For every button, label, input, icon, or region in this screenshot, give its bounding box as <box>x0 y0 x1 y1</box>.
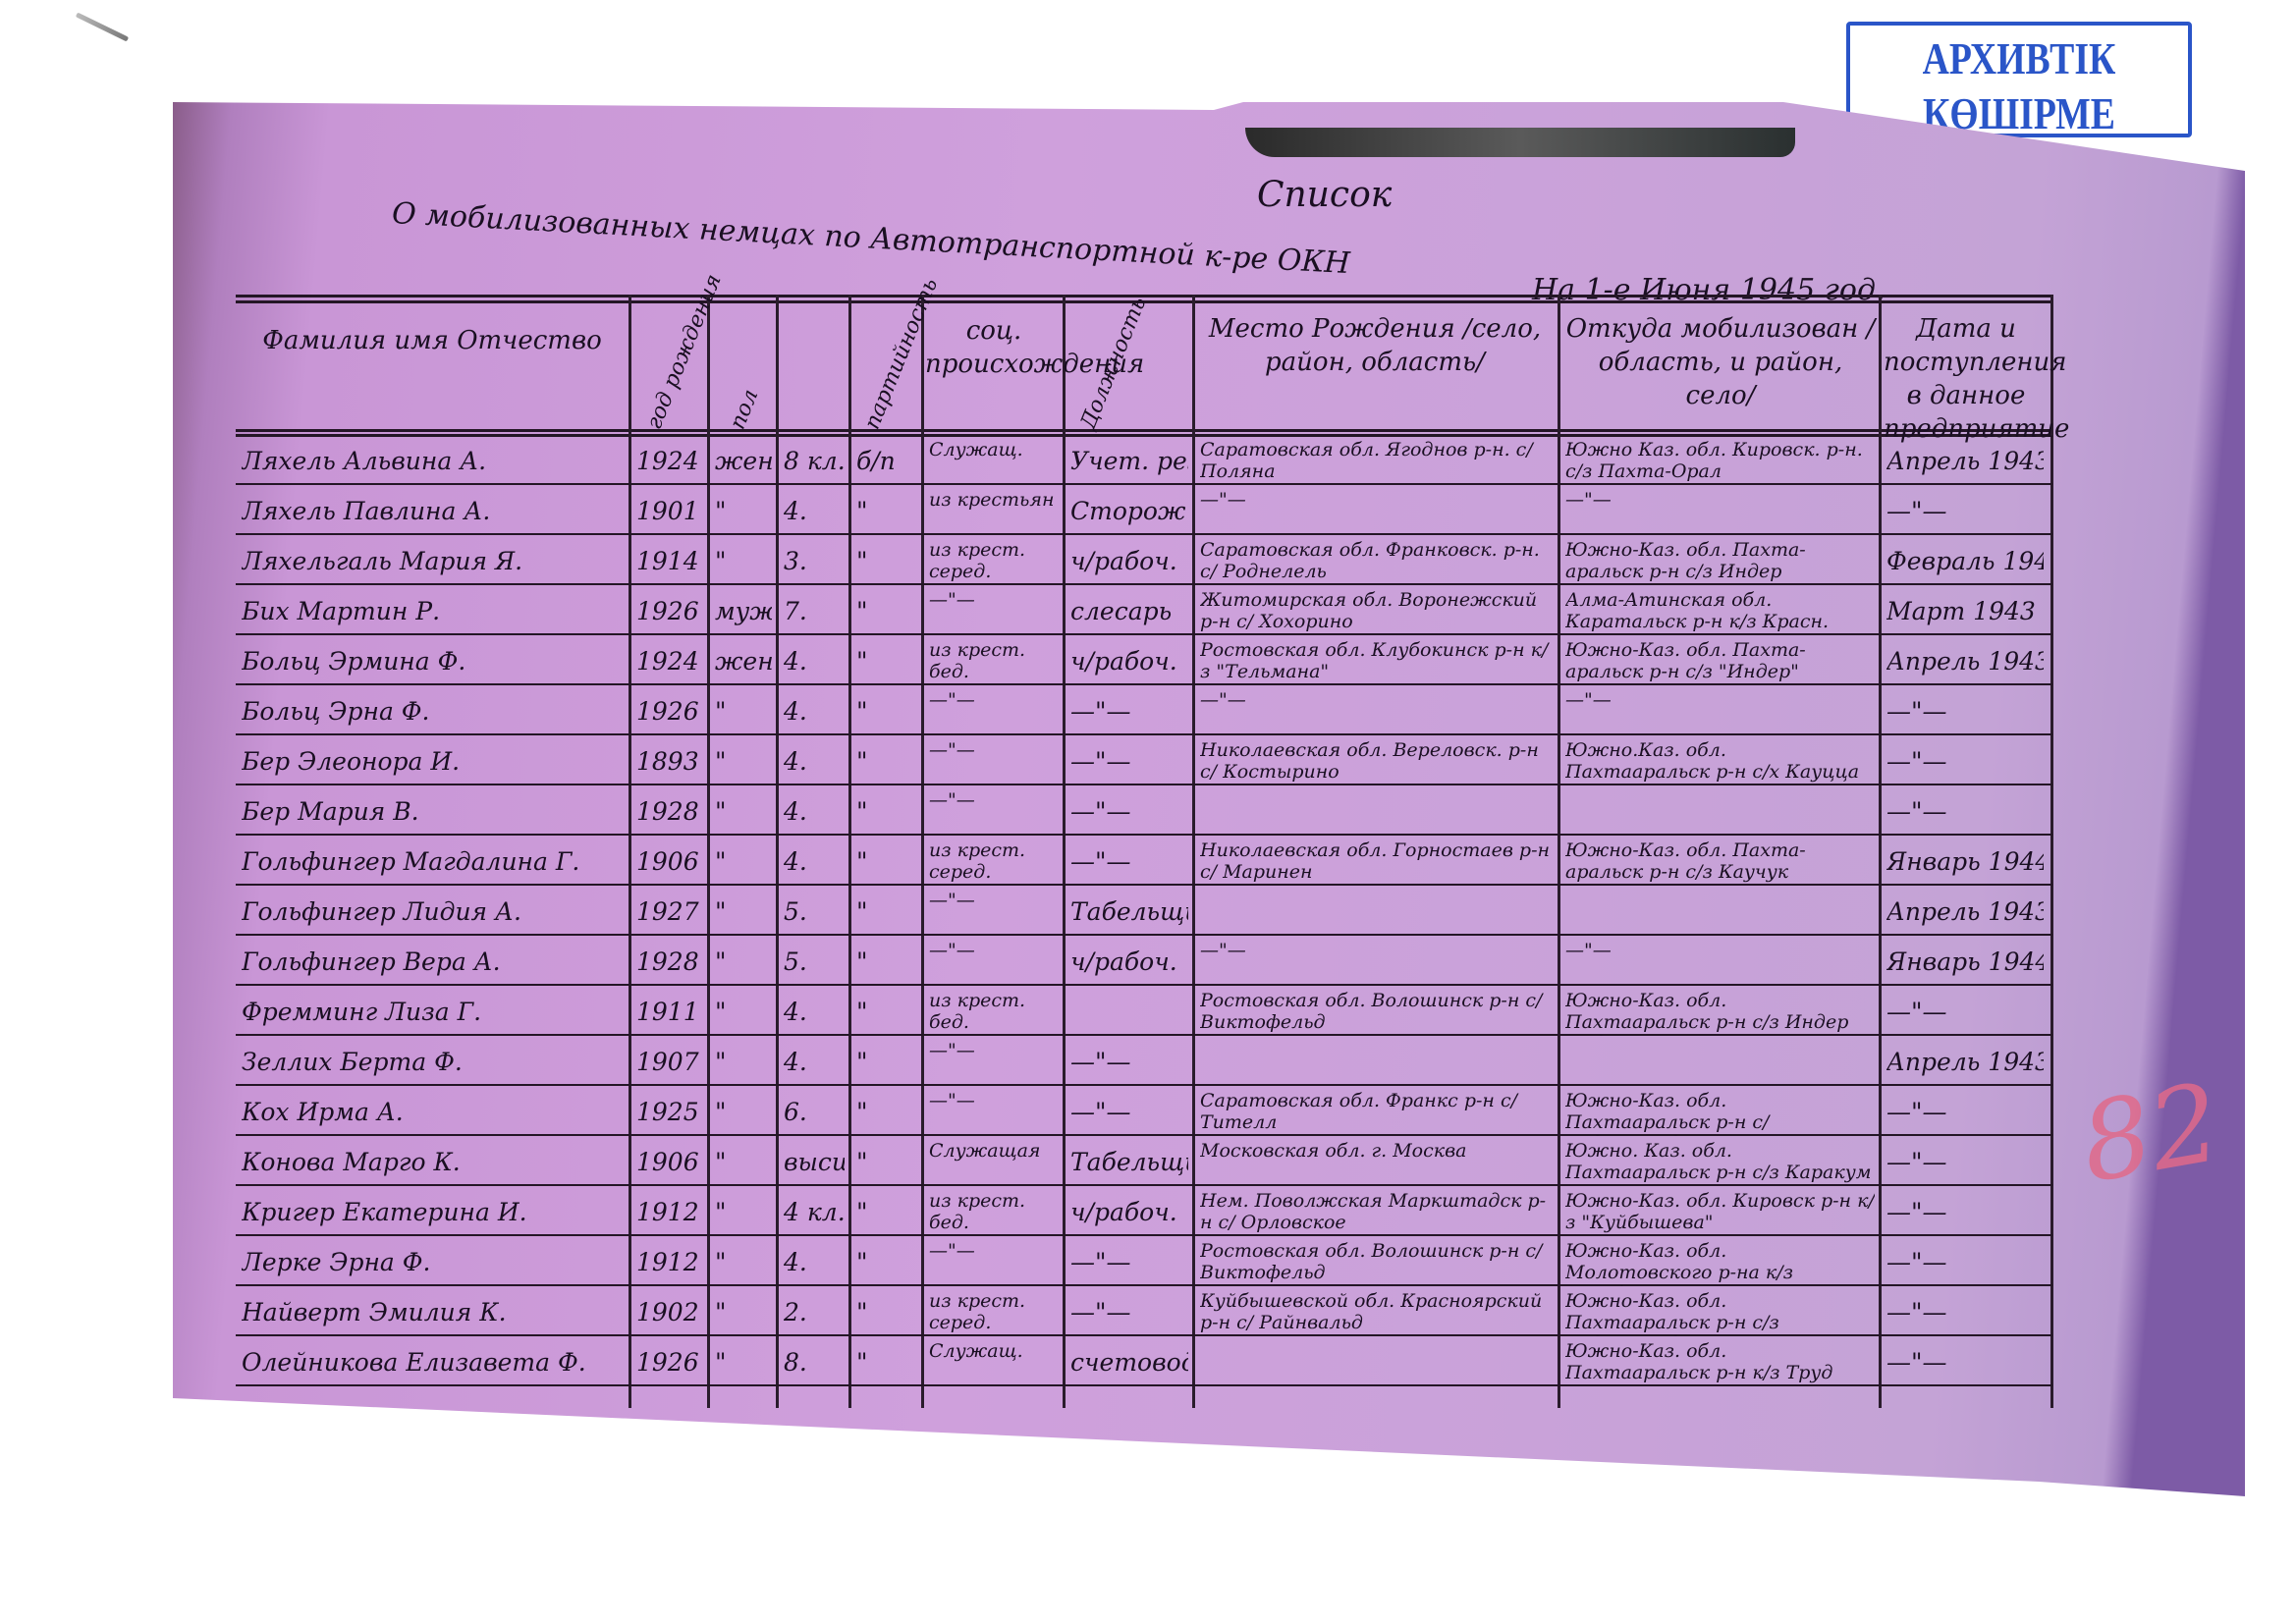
header-bottom-line <box>236 429 2052 432</box>
cell-birthplace <box>1200 1040 1554 1086</box>
cell-party: " <box>856 1050 917 1096</box>
cell-origin: из крест. бед. <box>929 990 1059 1036</box>
header-name: Фамилия имя Отчество <box>255 324 609 357</box>
cell-position: слесарь <box>1070 599 1188 645</box>
cell-from: Алма-Атинская обл. Каратальск р-н к/з Кр… <box>1565 589 1875 635</box>
document-title: Список <box>1257 175 1392 215</box>
cell-from: Южно-Каз. обл. Пахта-аральск р-н с/з Кау… <box>1565 839 1875 886</box>
header-social-origin: соц. происхождения <box>925 314 1063 381</box>
cell-date: —"— <box>1886 699 2044 745</box>
cell-name: Гольфингер Лидия А. <box>242 899 625 946</box>
cell-date: Апрель 1943 <box>1886 649 2044 695</box>
cell-name: Бер Элеонора И. <box>242 749 625 795</box>
cell-from: Южно-Каз. обл. Пахтааральск р-н с/ Садоо… <box>1565 1090 1875 1136</box>
cell-year: 1924 <box>636 649 703 695</box>
cell-origin: —"— <box>929 1090 1059 1136</box>
cell-party: " <box>856 799 917 845</box>
column-divider <box>629 295 631 1408</box>
cell-name: Больц Эрна Ф. <box>242 699 625 745</box>
cell-edu: высшее <box>784 1150 845 1196</box>
cell-year: 1906 <box>636 849 703 895</box>
cell-year: 1912 <box>636 1250 703 1296</box>
cell-name: Зеллих Берта Ф. <box>242 1050 625 1096</box>
margin-annotation: 82 <box>2072 1059 2229 1207</box>
cell-from: Южно-Каз. обл. Пахтааральск р-н с/з Инде… <box>1565 990 1875 1036</box>
cell-year: 1901 <box>636 499 703 545</box>
cell-origin: —"— <box>929 589 1059 635</box>
column-divider <box>707 295 710 1408</box>
cell-birthplace: —"— <box>1200 940 1554 986</box>
cell-sex: жен. <box>715 449 772 495</box>
cell-birthplace: Ростовская обл. Волошинск р-н с/ Виктофе… <box>1200 990 1554 1036</box>
cell-year: 1924 <box>636 449 703 495</box>
cell-from: Южно-Каз. обл. Пахтааральск р-н с/з Садо… <box>1565 1290 1875 1336</box>
header-date-arrived: Дата и поступления в данное предприятие <box>1884 312 2049 446</box>
cell-birthplace <box>1200 890 1554 936</box>
cell-year: 1925 <box>636 1100 703 1146</box>
cell-sex: " <box>715 1250 772 1296</box>
column-divider <box>848 295 851 1408</box>
cell-birthplace <box>1200 1340 1554 1386</box>
cell-from: —"— <box>1565 489 1875 535</box>
cell-birthplace: Ростовская обл. Клубокинск р-н к/з "Тель… <box>1200 639 1554 685</box>
cell-date: —"— <box>1886 799 2044 845</box>
cell-date: Февраль 1943 <box>1886 549 2044 595</box>
cell-name: Лерке Эрна Ф. <box>242 1250 625 1296</box>
cell-sex: " <box>715 799 772 845</box>
cell-origin: из крест. серед. <box>929 839 1059 886</box>
cell-origin: из крест. бед. <box>929 639 1059 685</box>
cell-name: Фремминг Лиза Г. <box>242 1000 625 1046</box>
cell-origin: —"— <box>929 940 1059 986</box>
cell-name: Кох Ирма А. <box>242 1100 625 1146</box>
cell-from <box>1565 890 1875 936</box>
cell-year: 1927 <box>636 899 703 946</box>
cell-position: —"— <box>1070 1250 1188 1296</box>
cell-birthplace: Куйбышевской обл. Красноярский р-н с/ Ра… <box>1200 1290 1554 1336</box>
cell-edu: 4. <box>784 699 845 745</box>
cell-name: Больц Эрмина Ф. <box>242 649 625 695</box>
cell-from: Южно Каз. обл. Кировск. р-н. с/з Пахта-О… <box>1565 439 1875 485</box>
cell-sex: " <box>715 849 772 895</box>
cell-year: 1907 <box>636 1050 703 1096</box>
cell-edu: 5. <box>784 949 845 996</box>
cell-edu: 7. <box>784 599 845 645</box>
cell-position: ч/рабоч. <box>1070 949 1188 996</box>
cell-sex: " <box>715 1350 772 1396</box>
cell-from: Южно-Каз. обл. Пахта-аральск р-н с/з "Ин… <box>1565 639 1875 685</box>
cell-origin: из крест. бед. <box>929 1190 1059 1236</box>
cell-edu: 4. <box>784 799 845 845</box>
cell-origin: —"— <box>929 739 1059 785</box>
cell-date: Март 1943 <box>1886 599 2044 645</box>
cell-edu: 4. <box>784 1050 845 1096</box>
cell-year: 1902 <box>636 1300 703 1346</box>
cell-date: —"— <box>1886 1000 2044 1046</box>
cell-date: —"— <box>1886 1350 2044 1396</box>
cell-year: 1928 <box>636 799 703 845</box>
cell-party: " <box>856 649 917 695</box>
cell-position <box>1070 1000 1188 1046</box>
column-divider <box>2050 295 2053 1408</box>
cell-from: Южно.Каз. обл. Пахтааральск р-н с/х Кауц… <box>1565 739 1875 785</box>
cell-birthplace: Николаевская обл. Вереловск. р-н с/ Кост… <box>1200 739 1554 785</box>
cell-origin: из крест. серед. <box>929 539 1059 585</box>
cell-party: " <box>856 1100 917 1146</box>
cell-position: Сторож <box>1070 499 1188 545</box>
cell-from: Южно-Каз. обл. Пахта-аральск р-н с/з Инд… <box>1565 539 1875 585</box>
cell-birthplace: Житомирская обл. Воронежский р-н с/ Хохо… <box>1200 589 1554 635</box>
cell-position: —"— <box>1070 849 1188 895</box>
cell-party: " <box>856 949 917 996</box>
table-top-line <box>236 295 2052 298</box>
cell-birthplace: Саратовская обл. Франковск. р-н. с/ Родн… <box>1200 539 1554 585</box>
cell-from <box>1565 1040 1875 1086</box>
cell-sex: " <box>715 1050 772 1096</box>
cell-sex: " <box>715 1100 772 1146</box>
cell-sex: " <box>715 699 772 745</box>
cell-date: Апрель 1943 <box>1886 449 2044 495</box>
cell-origin: Служащ. <box>929 439 1059 485</box>
cell-birthplace: Нем. Поволжская Маркштадск р-н с/ Орловс… <box>1200 1190 1554 1236</box>
cell-position: —"— <box>1070 799 1188 845</box>
cell-position: —"— <box>1070 699 1188 745</box>
column-divider <box>921 295 924 1408</box>
cell-from: Южно-Каз. обл. Молотовского р-на к/з "Ку… <box>1565 1240 1875 1286</box>
cell-origin: Служащ. <box>929 1340 1059 1386</box>
cell-birthplace: Николаевская обл. Горностаев р-н с/ Мари… <box>1200 839 1554 886</box>
column-divider <box>1558 295 1560 1408</box>
cell-edu: 5. <box>784 899 845 946</box>
cell-sex: " <box>715 1200 772 1246</box>
cell-position: —"— <box>1070 1050 1188 1096</box>
cell-party: " <box>856 699 917 745</box>
cell-sex: " <box>715 949 772 996</box>
cell-birthplace: —"— <box>1200 489 1554 535</box>
cell-birthplace: —"— <box>1200 689 1554 735</box>
cell-name: Кригер Екатерина И. <box>242 1200 625 1246</box>
dark-object-top <box>1245 128 1795 157</box>
cell-edu: 6. <box>784 1100 845 1146</box>
cell-party: " <box>856 849 917 895</box>
cell-sex: жен. <box>715 649 772 695</box>
cell-position: Табельщица <box>1070 899 1188 946</box>
cell-edu: 3. <box>784 549 845 595</box>
cell-name: Ляхель Альвина А. <box>242 449 625 495</box>
cell-birthplace: Саратовская обл. Франкс р-н с/ Тителл <box>1200 1090 1554 1136</box>
cell-party: " <box>856 1300 917 1346</box>
cell-party: " <box>856 499 917 545</box>
cell-name: Гольфингер Вера А. <box>242 949 625 996</box>
cell-name: Бих Мартин Р. <box>242 599 625 645</box>
cell-sex: муж. <box>715 599 772 645</box>
cell-position: Табельщица <box>1070 1150 1188 1196</box>
cell-year: 1914 <box>636 549 703 595</box>
cell-party: " <box>856 1350 917 1396</box>
cell-sex: " <box>715 1150 772 1196</box>
cell-sex: " <box>715 1000 772 1046</box>
cell-year: 1928 <box>636 949 703 996</box>
cell-edu: 4. <box>784 649 845 695</box>
cell-from: Южно. Каз. обл. Пахтааральск р-н с/з Кар… <box>1565 1140 1875 1186</box>
cell-position: ч/рабоч. <box>1070 549 1188 595</box>
cell-birthplace: Московская обл. г. Москва <box>1200 1140 1554 1186</box>
cell-position: счетовод <box>1070 1350 1188 1396</box>
cell-sex: " <box>715 499 772 545</box>
cell-from: Южно-Каз. обл. Пахтааральск р-н к/з Труд… <box>1565 1340 1875 1386</box>
header-bottom-line-2 <box>236 434 2052 437</box>
cell-origin: —"— <box>929 1240 1059 1286</box>
cell-party: " <box>856 1200 917 1246</box>
cell-position: —"— <box>1070 1100 1188 1146</box>
cell-party: " <box>856 1150 917 1196</box>
cell-edu: 4. <box>784 1250 845 1296</box>
cell-name: Бер Мария В. <box>242 799 625 845</box>
cell-origin: Служащая <box>929 1140 1059 1186</box>
column-divider <box>776 295 779 1408</box>
cell-position: —"— <box>1070 1300 1188 1346</box>
cell-date: —"— <box>1886 499 2044 545</box>
cell-sex: " <box>715 899 772 946</box>
cell-edu: 4. <box>784 849 845 895</box>
cell-position: ч/рабоч. <box>1070 1200 1188 1246</box>
cell-position: Учет. резин <box>1070 449 1188 495</box>
cell-party: " <box>856 899 917 946</box>
header-birthplace: Место Рождения /село, район, область/ <box>1198 312 1552 379</box>
cell-birthplace <box>1200 789 1554 836</box>
column-divider <box>1879 295 1882 1408</box>
cell-position: —"— <box>1070 749 1188 795</box>
cell-party: " <box>856 749 917 795</box>
cell-sex: " <box>715 749 772 795</box>
cell-date: —"— <box>1886 1150 2044 1196</box>
cell-party: " <box>856 1000 917 1046</box>
cell-year: 1911 <box>636 1000 703 1046</box>
cell-date: Апрель 1943 <box>1886 1050 2044 1096</box>
cell-party: " <box>856 599 917 645</box>
cell-name: Конова Марго К. <box>242 1150 625 1196</box>
cell-edu: 2. <box>784 1300 845 1346</box>
cell-birthplace: Саратовская обл. Ягоднов р-н. с/ Поляна <box>1200 439 1554 485</box>
cell-edu: 4. <box>784 749 845 795</box>
column-divider <box>1192 295 1195 1408</box>
cell-year: 1926 <box>636 699 703 745</box>
cell-date: —"— <box>1886 1200 2044 1246</box>
cell-date: Январь 1944 <box>1886 849 2044 895</box>
cell-edu: 8 кл. <box>784 449 845 495</box>
cell-edu: 4. <box>784 1000 845 1046</box>
cell-edu: 4. <box>784 499 845 545</box>
cell-year: 1893 <box>636 749 703 795</box>
cell-name: Найверт Эмилия К. <box>242 1300 625 1346</box>
cell-sex: " <box>715 549 772 595</box>
header-mobilized-from: Откуда мобилизован /область, и район, се… <box>1563 312 1878 412</box>
cell-sex: " <box>715 1300 772 1346</box>
cell-edu: 8. <box>784 1350 845 1396</box>
cell-name: Гольфингер Магдалина Г. <box>242 849 625 895</box>
cell-date: Январь 1944 <box>1886 949 2044 996</box>
cell-date: —"— <box>1886 1100 2044 1146</box>
cell-year: 1926 <box>636 599 703 645</box>
cell-date: Апрель 1943 <box>1886 899 2044 946</box>
cell-origin: из крест. серед. <box>929 1290 1059 1336</box>
cell-date: —"— <box>1886 1250 2044 1296</box>
cell-from: —"— <box>1565 940 1875 986</box>
cell-party: " <box>856 549 917 595</box>
cell-from <box>1565 789 1875 836</box>
cell-name: Ляхель Павлина А. <box>242 499 625 545</box>
cell-name: Ляхельгаль Мария Я. <box>242 549 625 595</box>
cell-birthplace: Ростовская обл. Волошинск р-н с/ Виктофе… <box>1200 1240 1554 1286</box>
cell-origin: —"— <box>929 890 1059 936</box>
cell-from: —"— <box>1565 689 1875 735</box>
cell-edu: 4 кл. <box>784 1200 845 1246</box>
column-divider <box>1063 295 1066 1408</box>
cell-year: 1926 <box>636 1350 703 1396</box>
cell-position: ч/рабоч. <box>1070 649 1188 695</box>
cell-date: —"— <box>1886 749 2044 795</box>
cell-origin: —"— <box>929 789 1059 836</box>
pencil-mark <box>76 13 129 42</box>
cell-year: 1912 <box>636 1200 703 1246</box>
cell-year: 1906 <box>636 1150 703 1196</box>
cell-party: б/п <box>856 449 917 495</box>
cell-from: Южно-Каз. обл. Кировск р-н к/з "Куйбышев… <box>1565 1190 1875 1236</box>
cell-origin: из крестьян <box>929 489 1059 535</box>
cell-name: Олейникова Елизавета Ф. <box>242 1350 625 1396</box>
cell-origin: —"— <box>929 689 1059 735</box>
cell-date: —"— <box>1886 1300 2044 1346</box>
cell-party: " <box>856 1250 917 1296</box>
cell-origin: —"— <box>929 1040 1059 1086</box>
